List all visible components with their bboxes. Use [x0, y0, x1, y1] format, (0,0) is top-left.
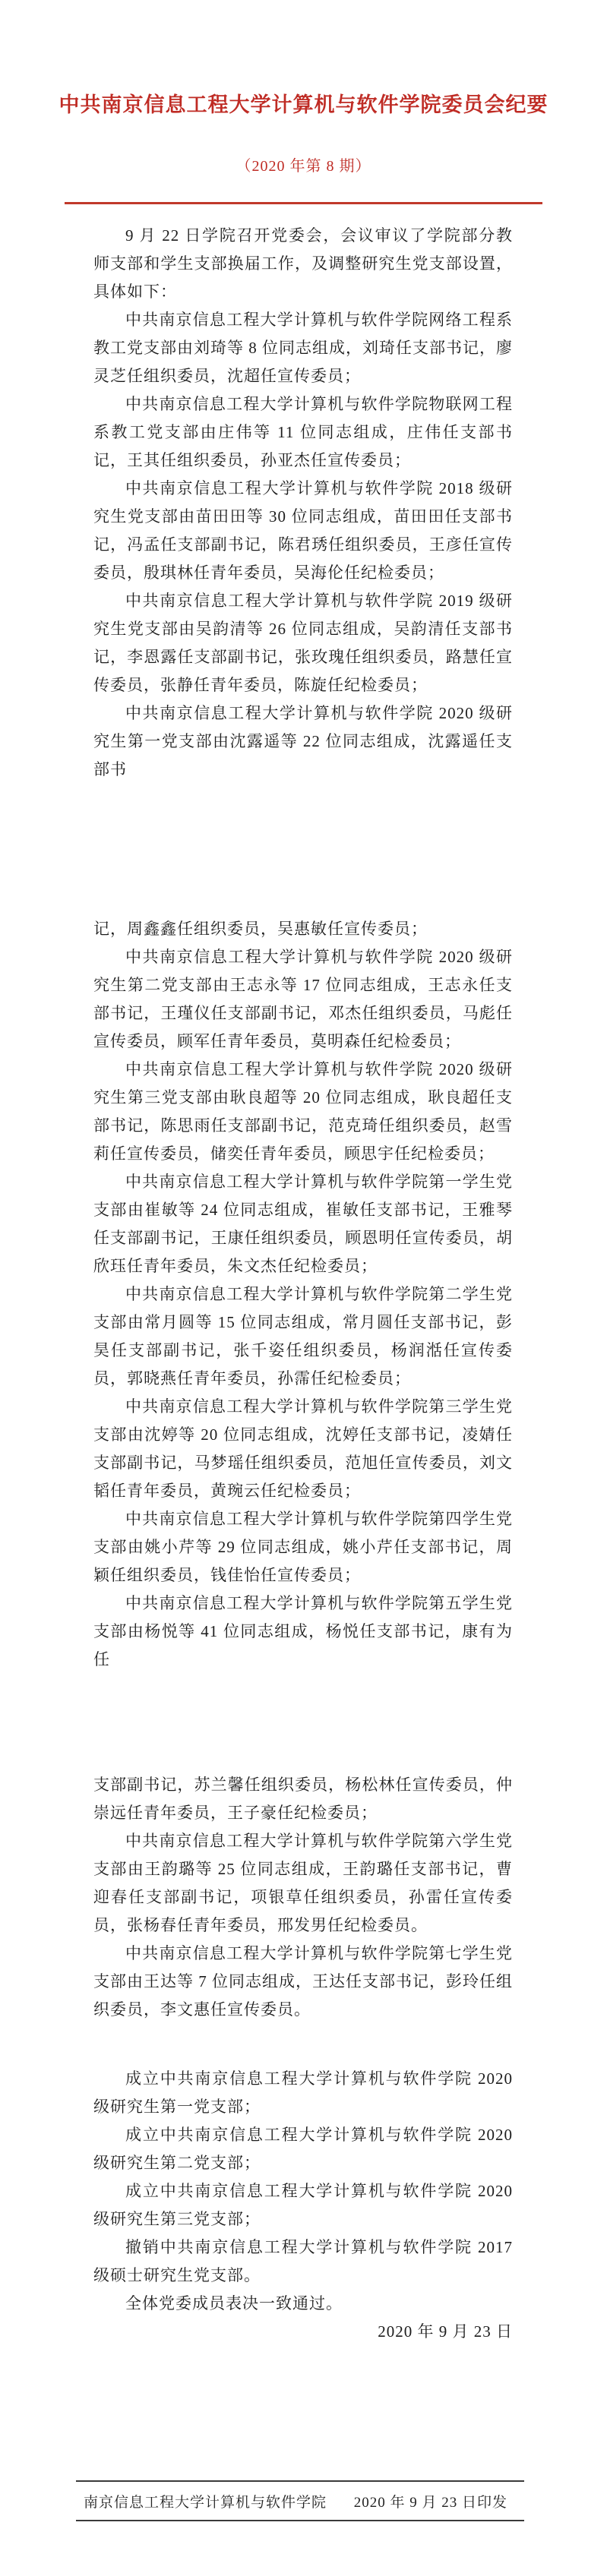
- closing-statement: 全体党委成员表决一致通过。: [93, 2290, 513, 2318]
- resolution-item: 成立中共南京信息工程大学计算机与软件学院 2020 级研究生第一党支部；: [93, 2065, 513, 2121]
- document-title: 中共南京信息工程大学计算机与软件学院委员会纪要: [0, 88, 607, 118]
- resolution-item: 成立中共南京信息工程大学计算机与软件学院 2020 级研究生第三党支部；: [93, 2177, 513, 2233]
- page-2-body: 记，周鑫鑫任组织委员，吴惠敏任宣传委员； 中共南京信息工程大学计算机与软件学院 …: [93, 915, 513, 1674]
- paragraph: 中共南京信息工程大学计算机与软件学院第二学生党支部由常月圆等 15 位同志组成，…: [93, 1280, 513, 1393]
- document-page: { "document": { "title": "中共南京信息工程大学计算机与…: [0, 0, 607, 2576]
- paragraph: 中共南京信息工程大学计算机与软件学院第五学生党支部由杨悦等 41 位同志组成，杨…: [93, 1589, 513, 1674]
- issue-number: （2020 年第 8 期）: [0, 153, 607, 175]
- paragraph-continuation: 支部副书记，苏兰馨任组织委员，杨松林任宣传委员，仲崇远任青年委员，王子豪任纪检委…: [93, 1771, 513, 1827]
- paragraph: 中共南京信息工程大学计算机与软件学院第一学生党支部由崔敏等 24 位同志组成，崔…: [93, 1168, 513, 1280]
- paragraph: 中共南京信息工程大学计算机与软件学院物联网工程系教工党支部由庄伟等 11 位同志…: [93, 390, 513, 475]
- paragraph-continuation: 记，周鑫鑫任组织委员，吴惠敏任宣传委员；: [93, 915, 513, 943]
- resolution-item: 成立中共南京信息工程大学计算机与软件学院 2020 级研究生第二党支部；: [93, 2121, 513, 2177]
- footer-issuer: 南京信息工程大学计算机与软件学院: [84, 2491, 327, 2511]
- paragraph: 中共南京信息工程大学计算机与软件学院第三学生党支部由沈婷等 20 位同志组成，沈…: [93, 1393, 513, 1505]
- resolution-item: 撤销中共南京信息工程大学计算机与软件学院 2017 级硕士研究生党支部。: [93, 2233, 513, 2290]
- paragraph: 中共南京信息工程大学计算机与软件学院网络工程系教工党支部由刘琦等 8 位同志组成…: [93, 306, 513, 390]
- footer-print-date: 2020 年 9 月 23 日印发: [354, 2491, 507, 2511]
- page-3-body: 支部副书记，苏兰馨任组织委员，杨松林任宣传委员，仲崇远任青年委员，王子豪任纪检委…: [93, 1771, 513, 2346]
- paragraph: 中共南京信息工程大学计算机与软件学院 2020 级研究生第三党支部由耿良超等 2…: [93, 1056, 513, 1168]
- page-1-body: 9 月 22 日学院召开党委会，会议审议了学院部分教师支部和学生支部换届工作，及…: [93, 222, 513, 784]
- paragraph: 中共南京信息工程大学计算机与软件学院第四学生党支部由姚小芹等 29 位同志组成，…: [93, 1505, 513, 1589]
- footer-colophon: 南京信息工程大学计算机与软件学院 2020 年 9 月 23 日印发: [76, 2480, 524, 2521]
- paragraph: 中共南京信息工程大学计算机与软件学院 2020 级研究生第一党支部由沈露遥等 2…: [93, 699, 513, 784]
- paragraph: 中共南京信息工程大学计算机与软件学院第七学生党支部由王达等 7 位同志组成，王达…: [93, 1940, 513, 2024]
- paragraph: 中共南京信息工程大学计算机与软件学院 2019 级研究生党支部由吴韵清等 26 …: [93, 587, 513, 699]
- paragraph: 中共南京信息工程大学计算机与软件学院 2020 级研究生第二党支部由王志永等 1…: [93, 943, 513, 1056]
- paragraph: 中共南京信息工程大学计算机与软件学院第六学生党支部由王韵璐等 25 位同志组成，…: [93, 1827, 513, 1940]
- resolutions-block: 成立中共南京信息工程大学计算机与软件学院 2020 级研究生第一党支部； 成立中…: [93, 2065, 513, 2290]
- header-red-rule: [65, 202, 542, 204]
- signature-date: 2020 年 9 月 23 日: [93, 2318, 513, 2346]
- paragraph: 9 月 22 日学院召开党委会，会议审议了学院部分教师支部和学生支部换届工作，及…: [93, 222, 513, 306]
- paragraph: 中共南京信息工程大学计算机与软件学院 2018 级研究生党支部由苗田田等 30 …: [93, 475, 513, 587]
